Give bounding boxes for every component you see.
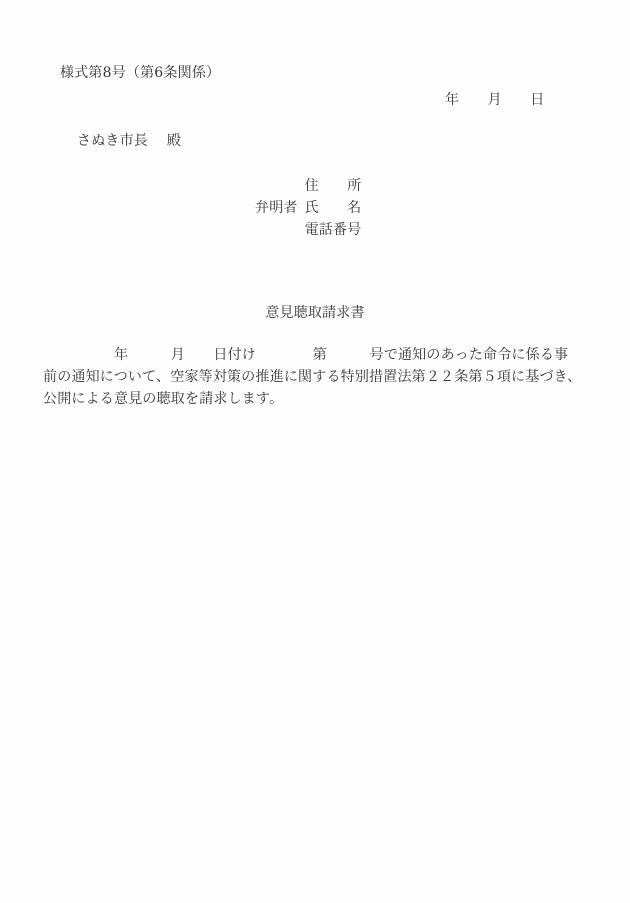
declarant-field-name: 氏 名	[305, 197, 362, 219]
declarant-fields: 住 所 氏 名 電話番号	[305, 175, 362, 241]
body-line-1: 年 月 日付け 第 号で通知のあった命令に係る事	[43, 344, 588, 366]
form-number-line: 様式第8号（第6条関係）	[60, 62, 220, 84]
document-title: 意見聴取請求書	[0, 302, 630, 324]
date-blank-line: 年 月 日	[445, 89, 544, 111]
declarant-field-phone: 電話番号	[305, 219, 362, 241]
body-line-3: 公開による意見の聴取を請求します。	[43, 388, 588, 410]
declarant-label: 弁明者	[255, 197, 298, 219]
addressee-line: さぬき市長 殿	[77, 130, 181, 152]
document-page: 様式第8号（第6条関係） 年 月 日 さぬき市長 殿 弁明者 住 所 氏 名 電…	[0, 0, 630, 903]
declarant-block: 弁明者 住 所 氏 名 電話番号	[255, 175, 361, 241]
body-paragraph: 年 月 日付け 第 号で通知のあった命令に係る事 前の通知について、空家等対策の…	[43, 344, 588, 410]
body-line-2: 前の通知について、空家等対策の推進に関する特別措置法第２２条第５項に基づき、	[43, 366, 588, 388]
declarant-field-address: 住 所	[305, 175, 362, 197]
